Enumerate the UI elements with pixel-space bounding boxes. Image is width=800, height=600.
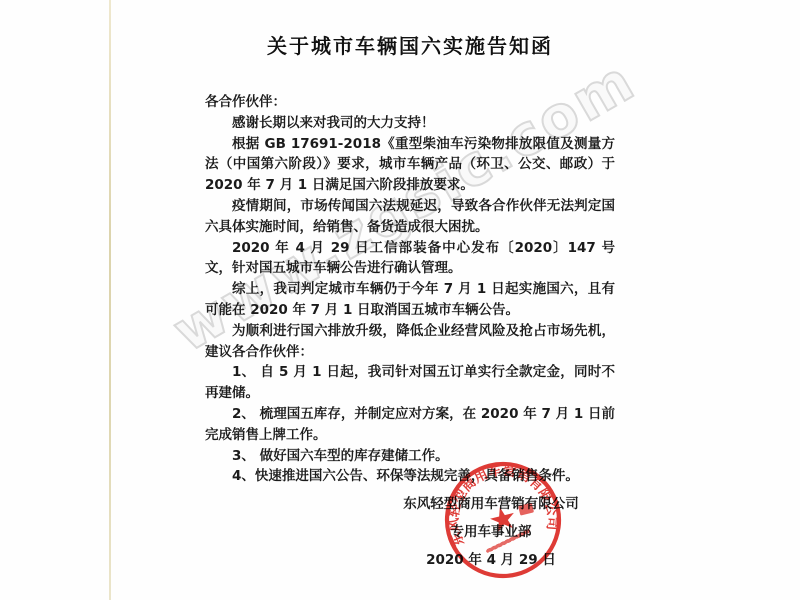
paragraph-list: 感谢长期以来对我司的大力支持！根据 GB 17691-2018《重型柴油车污染物… (205, 113, 615, 363)
signature-block: 东风轻型商用车营销有限公司 专用车事业部 2020 年 4 月 29 日 (398, 494, 584, 578)
paragraph: 2020 年 4 月 29 日工信部装备中心发布〔2020〕147 号文，针对国… (205, 238, 615, 280)
list-item: 3、 做好国六车型的库存建储工作。 (205, 446, 615, 467)
paragraph: 综上，我司判定城市车辆仍于今年 7 月 1 日起实施国六，且有可能在 2020 … (205, 279, 615, 321)
paragraph: 根据 GB 17691-2018《重型柴油车污染物排放限值及测量方法（中国第六阶… (205, 134, 615, 196)
paragraph: 感谢长期以来对我司的大力支持！ (205, 113, 615, 134)
letter-body: 各合作伙伴： 感谢长期以来对我司的大力支持！根据 GB 17691-2018《重… (205, 92, 615, 487)
signature-date: 2020 年 4 月 29 日 (398, 550, 584, 571)
numbered-list: 1、 自 5 月 1 日起，我司针对国五订单实行全款定金，同时不再建储。2、 梳… (205, 362, 615, 487)
list-item: 2、 梳理国五库存，并制定应对方案，在 2020 年 7 月 1 日前完成销售上… (205, 404, 615, 446)
page-fold-line (109, 0, 111, 600)
salutation: 各合作伙伴： (205, 92, 615, 113)
paragraph: 疫情期间，市场传闻国六法规延迟，导致各合作伙伴无法判定国六具体实施时间，给销售、… (205, 196, 615, 238)
paragraph: 为顺利进行国六排放升级，降低企业经营风险及抢占市场先机，建议各合作伙伴： (205, 321, 615, 363)
list-item: 1、 自 5 月 1 日起，我司针对国五订单实行全款定金，同时不再建储。 (205, 362, 615, 404)
signature-company: 东风轻型商用车营销有限公司 (398, 494, 584, 515)
signature-department: 专用车事业部 (398, 522, 584, 543)
scanned-letter-page: www.zgsic.com 关于城市车辆国六实施告知函 各合作伙伴： 感谢长期以… (0, 0, 800, 600)
letter-content: 关于城市车辆国六实施告知函 各合作伙伴： 感谢长期以来对我司的大力支持！根据 G… (205, 30, 615, 487)
list-item: 4、快速推进国六公告、环保等法规完善，具备销售条件。 (205, 466, 615, 487)
letter-title: 关于城市车辆国六实施告知函 (205, 30, 615, 59)
